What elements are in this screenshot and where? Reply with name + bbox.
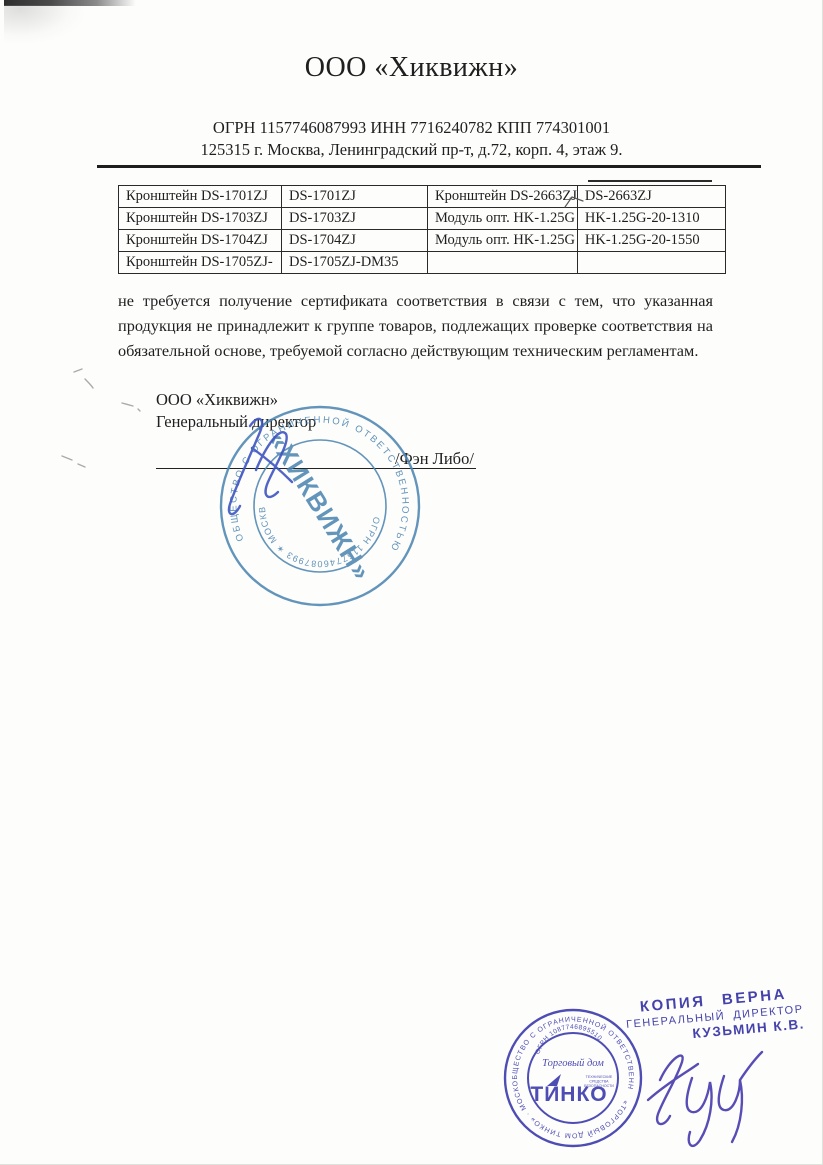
table-cell: Кронштейн DS-1705ZJ-	[119, 252, 282, 274]
table-row: Кронштейн DS-1701ZJ DS-1701ZJ Кронштейн …	[119, 186, 726, 208]
products-table: Кронштейн DS-1701ZJ DS-1701ZJ Кронштейн …	[118, 185, 726, 274]
tinko-stamp-script-text: Торговый дом	[542, 1058, 604, 1069]
table-row: Кронштейн DS-1704ZJ DS-1704ZJ Модуль опт…	[119, 230, 726, 252]
scan-double-border-artifact	[588, 180, 712, 182]
tinko-stamp-ring-top-text: ОБЩЕСТВО С ОГРАНИЧЕННОЙ ОТВЕТСТВЕННОСТЬЮ	[501, 1006, 634, 1090]
page-title: ООО «Хиквижн»	[0, 52, 823, 84]
scanned-letter-page: ООО «Хиквижн» ОГРН 1157746087993 ИНН 771…	[0, 0, 823, 1165]
tinko-stamp-small-text: ТЕХНИЧЕСКИЕ	[586, 1075, 613, 1079]
tinko-round-stamp: ОБЩЕСТВО С ОГРАНИЧЕННОЙ ОТВЕТСТВЕННОСТЬЮ…	[501, 1006, 645, 1150]
scan-smudge-artifact	[4, 5, 84, 43]
svg-text:ОБЩЕСТВО С ОГРАНИЧЕННОЙ ОТВЕТС: ОБЩЕСТВО С ОГРАНИЧЕННОЙ ОТВЕТСТВЕННОСТЬЮ	[501, 1006, 634, 1090]
tinko-stamp-small-text: БЕЗОПАСНОСТИ	[584, 1084, 614, 1088]
table-cell: DS-1705ZJ-DM35	[282, 252, 428, 274]
table-cell: Модуль опт. HK-1.25G	[428, 208, 578, 230]
signature-feng-libo-handwriting	[208, 408, 308, 523]
registration-numbers-line: ОГРН 1157746087993 ИНН 7716240782 КПП 77…	[0, 118, 823, 138]
table-cell: Кронштейн DS-2663ZJ	[428, 186, 578, 208]
table-cell	[428, 252, 578, 274]
copy-certified-stamp: КОПИЯ ВЕРНА ГЕНЕРАЛЬНЫЙ ДИРЕКТОР КУЗЬМИН…	[624, 984, 805, 1046]
table-cell: HK-1.25G-20-1310	[577, 208, 725, 230]
company-address-line: 125315 г. Москва, Ленинградский пр-т, д.…	[0, 140, 823, 160]
tinko-stamp-small-text: СРЕДСТВА	[589, 1080, 609, 1084]
table-cell: DS-1703ZJ	[282, 208, 428, 230]
table-cell	[577, 252, 725, 274]
table-cell: HK-1.25G-20-1550	[577, 230, 725, 252]
table-cell: DS-1701ZJ	[282, 186, 428, 208]
table-cell: DS-1704ZJ	[282, 230, 428, 252]
signature-kuzmin-handwriting	[640, 1040, 765, 1150]
table-cell: Кронштейн DS-1704ZJ	[119, 230, 282, 252]
table-cell: Модуль опт. HK-1.25G	[428, 230, 578, 252]
table-row: Кронштейн DS-1705ZJ- DS-1705ZJ-DM35	[119, 252, 726, 274]
table-cell: Кронштейн DS-1703ZJ	[119, 208, 282, 230]
table-cell: DS-2663ZJ	[577, 186, 725, 208]
horizontal-rule	[97, 165, 761, 168]
table-row: Кронштейн DS-1703ZJ DS-1703ZJ Модуль опт…	[119, 208, 726, 230]
pen-tick-mark	[562, 194, 588, 210]
table-cell: Кронштейн DS-1701ZJ	[119, 186, 282, 208]
body-paragraph: не требуется получение сертификата соотв…	[118, 289, 713, 363]
